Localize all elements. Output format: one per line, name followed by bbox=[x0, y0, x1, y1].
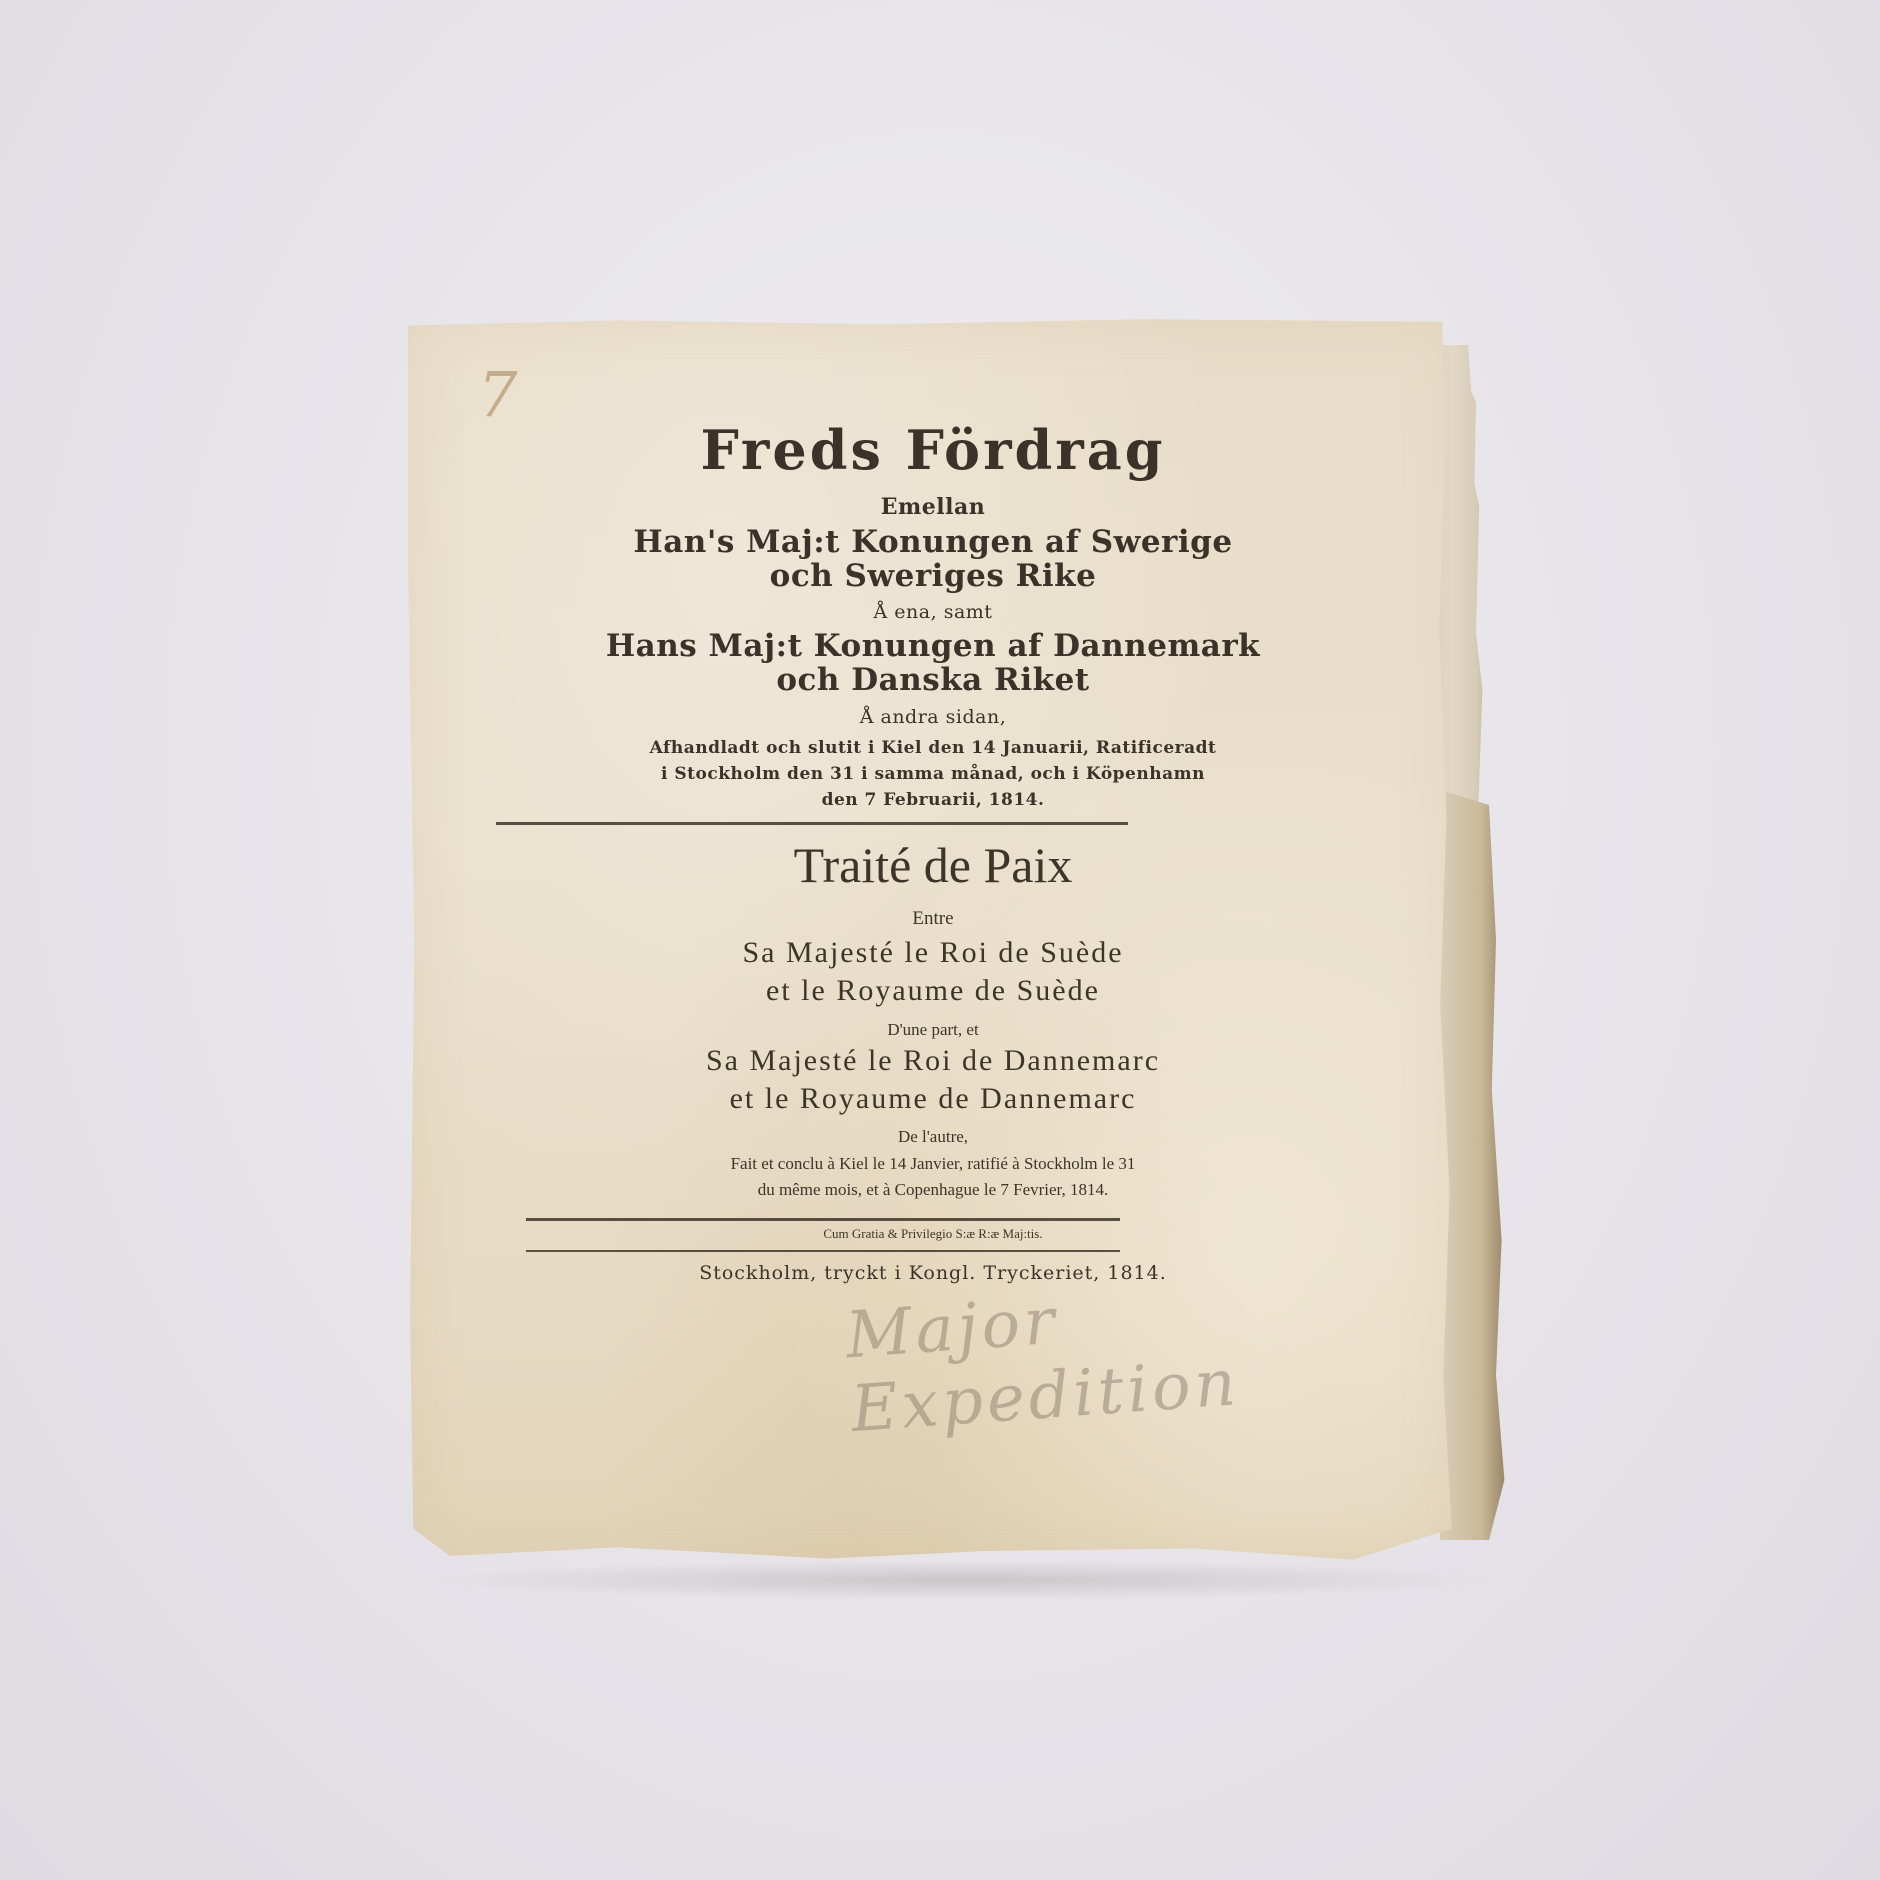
french-line-king-sweden: Sa Majesté le Roi de Suède bbox=[408, 936, 1458, 970]
page-stack-edge-lower bbox=[1440, 790, 1510, 1540]
swedish-line-emellan: Emellan bbox=[408, 494, 1458, 520]
swedish-line-dates-2: i Stockholm den 31 i samma månad, och i … bbox=[408, 764, 1458, 784]
swedish-line-realm-denmark: och Danska Riket bbox=[408, 662, 1458, 698]
french-title: Traité de Paix bbox=[408, 836, 1458, 894]
privilege-top-rule bbox=[526, 1218, 1120, 1221]
title-page: 7 Freds Fördrag Emellan Han's Maj:t Konu… bbox=[408, 318, 1458, 1566]
handwritten-signature: Major Expedition bbox=[844, 1257, 1463, 1447]
swedish-line-realm-sweden: och Sweriges Rike bbox=[408, 558, 1458, 594]
french-line-entre: Entre bbox=[408, 908, 1458, 930]
divider-rule bbox=[496, 822, 1128, 825]
swedish-title: Freds Fördrag bbox=[408, 418, 1458, 482]
french-line-dates-2: du même mois, et à Copenhague le 7 Fevri… bbox=[408, 1180, 1458, 1200]
french-line-realm-denmark: et le Royaume de Dannemarc bbox=[408, 1082, 1458, 1116]
privilege-bottom-rule bbox=[526, 1250, 1120, 1252]
swedish-line-other-side: Å andra sidan, bbox=[408, 706, 1458, 728]
privilege-line: Cum Gratia & Privilegio S:æ R:æ Maj:tis. bbox=[408, 1226, 1458, 1242]
french-line-king-denmark: Sa Majesté le Roi de Dannemarc bbox=[408, 1044, 1458, 1078]
swedish-line-one-side: Å ena, samt bbox=[408, 601, 1458, 623]
swedish-line-dates-1: Afhandladt och slutit i Kiel den 14 Janu… bbox=[408, 738, 1458, 758]
french-line-realm-sweden: et le Royaume de Suède bbox=[408, 974, 1458, 1008]
french-line-dates-1: Fait et conclu à Kiel le 14 Janvier, rat… bbox=[408, 1154, 1458, 1174]
book-shadow bbox=[420, 1560, 1500, 1600]
swedish-line-dates-3: den 7 Februarii, 1814. bbox=[408, 790, 1458, 810]
french-line-one-part: D'une part, et bbox=[408, 1020, 1458, 1040]
french-line-other-part: De l'autre, bbox=[408, 1127, 1458, 1147]
swedish-line-king-denmark: Hans Maj:t Konungen af Dannemark bbox=[408, 628, 1458, 664]
swedish-line-king-sweden: Han's Maj:t Konungen af Swerige bbox=[408, 524, 1458, 560]
